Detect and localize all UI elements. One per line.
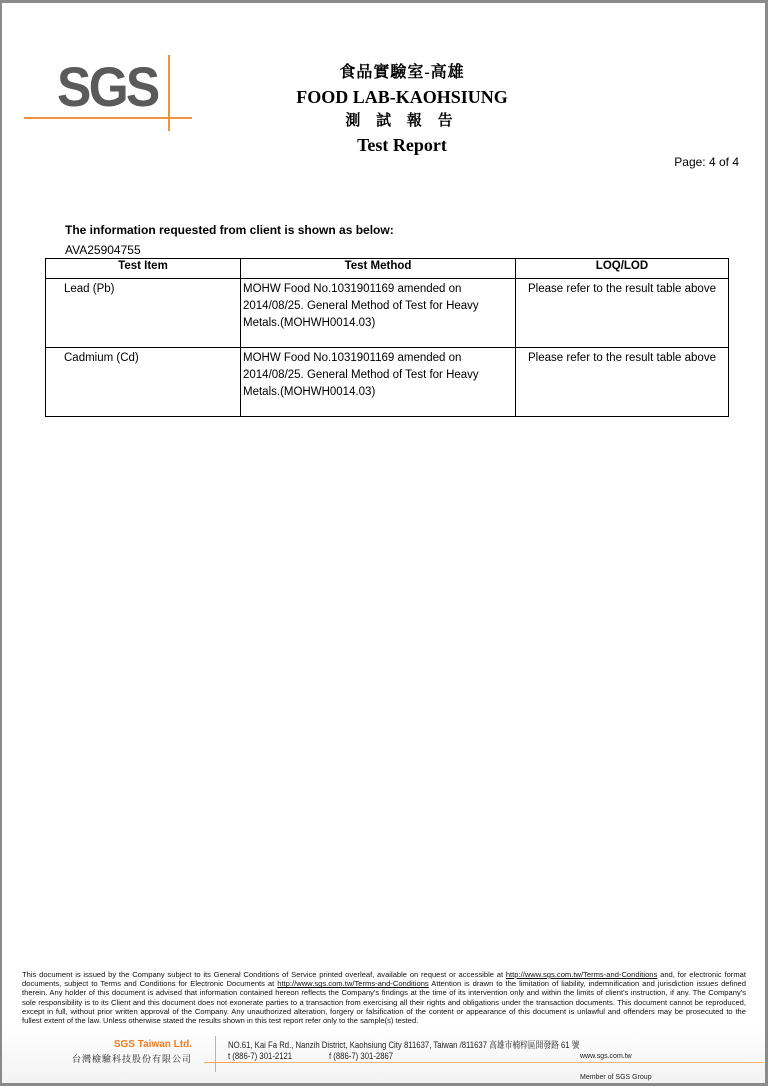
logo-text: SGS bbox=[57, 59, 158, 115]
test-item-cell: Cadmium (Cd) bbox=[46, 348, 241, 417]
logo-horizontal-line bbox=[24, 117, 192, 119]
lab-name-en: FOOD LAB-KAOHSIUNG bbox=[252, 85, 552, 109]
test-item-cell: Lead (Pb) bbox=[46, 279, 241, 348]
page-indicator: Page: 4 of 4 bbox=[674, 155, 739, 169]
loq-lod-cell: Please refer to the result table above bbox=[516, 348, 729, 417]
intro-text: The information requested from client is… bbox=[65, 223, 394, 237]
table-row: Cadmium (Cd) MOHW Food No.1031901169 ame… bbox=[46, 348, 729, 417]
member-of-group: Member of SGS Group bbox=[580, 1074, 652, 1081]
test-info-table: Test Item Test Method LOQ/LOD Lead (Pb) … bbox=[45, 258, 729, 417]
report-header: 食品實驗室-高雄 FOOD LAB-KAOHSIUNG 測 試 報 告 Test… bbox=[252, 61, 552, 157]
footer-horizontal-divider bbox=[254, 1062, 764, 1063]
test-method-cell: MOHW Food No.1031901169 amended on 2014/… bbox=[241, 348, 516, 417]
table-header-row: Test Item Test Method LOQ/LOD bbox=[46, 259, 729, 279]
footer-vertical-divider bbox=[215, 1036, 216, 1072]
column-header-test-method: Test Method bbox=[241, 259, 516, 279]
column-header-loq-lod: LOQ/LOD bbox=[516, 259, 729, 279]
terms-link-1[interactable]: http://www.sgs.com.tw/Terms-and-Conditio… bbox=[506, 970, 658, 979]
company-name-cn: 台灣檢驗科技股份有限公司 bbox=[70, 1052, 192, 1065]
company-website: www.sgs.com.tw bbox=[580, 1053, 632, 1060]
footer-divider-cross bbox=[204, 1062, 254, 1063]
loq-lod-cell: Please refer to the result table above bbox=[516, 279, 729, 348]
disclaimer-text-1: This document is issued by the Company s… bbox=[22, 970, 506, 979]
legal-disclaimer: This document is issued by the Company s… bbox=[22, 970, 746, 1025]
company-address: NO.61, Kai Fa Rd., Nanzih District, Kaoh… bbox=[228, 1038, 579, 1051]
lab-name-cn: 食品實驗室-高雄 bbox=[252, 61, 552, 85]
report-title-en: Test Report bbox=[252, 133, 552, 157]
column-header-test-item: Test Item bbox=[46, 259, 241, 279]
company-name-en: SGS Taiwan Ltd. bbox=[102, 1039, 192, 1050]
terms-link-2[interactable]: http://www.sgs.com.tw/Terms-and-Conditio… bbox=[277, 979, 429, 988]
report-title-cn: 測 試 報 告 bbox=[252, 109, 552, 133]
sgs-logo: SGS bbox=[24, 55, 194, 135]
company-fax: f (886-7) 301-2867 bbox=[329, 1051, 393, 1061]
table-row: Lead (Pb) MOHW Food No.1031901169 amende… bbox=[46, 279, 729, 348]
logo-vertical-line bbox=[168, 55, 170, 131]
test-method-cell: MOHW Food No.1031901169 amended on 2014/… bbox=[241, 279, 516, 348]
reference-number: AVA25904755 bbox=[65, 243, 141, 257]
company-telephone: t (886-7) 301-2121 bbox=[228, 1051, 292, 1061]
report-page: SGS 食品實驗室-高雄 FOOD LAB-KAOHSIUNG 測 試 報 告 … bbox=[2, 3, 765, 1083]
